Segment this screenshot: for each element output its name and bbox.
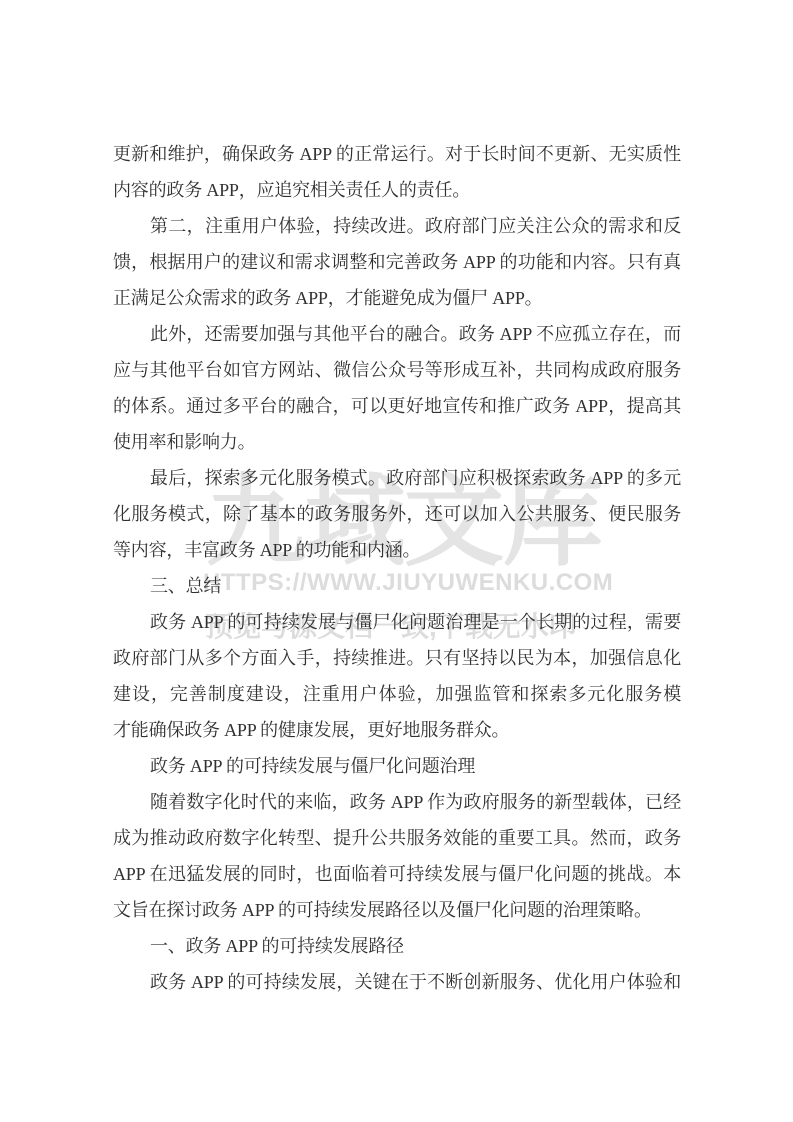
text-line: 馈，根据用户的建议和需求调整和完善政务 APP 的功能和内容。只有真 (113, 244, 681, 280)
text-line: APP 在迅猛发展的同时，也面临着可持续发展与僵尸化问题的挑战。本 (113, 856, 681, 892)
text-line: 政务 APP 的可持续发展与僵尸化问题治理 (113, 748, 681, 784)
text-line: 一、政务 APP 的可持续发展路径 (113, 928, 681, 964)
text-line: 文旨在探讨政务 APP 的可持续发展路径以及僵尸化问题的治理策略。 (113, 892, 681, 928)
text-line: 应与其他平台如官方网站、微信公众号等形成互补，共同构成政府服务 (113, 352, 681, 388)
text-line: 此外，还需要加强与其他平台的融合。政务 APP 不应孤立存在，而 (113, 316, 681, 352)
text-line: 内容的政务 APP，应追究相关责任人的责任。 (113, 172, 681, 208)
text-line: 使用率和影响力。 (113, 424, 681, 460)
document-text: 更新和维护，确保政务 APP 的正常运行。对于长时间不更新、无实质性内容的政务 … (113, 136, 681, 1000)
text-line: 三、总结 (113, 568, 681, 604)
text-line: 化服务模式，除了基本的政务服务外，还可以加入公共服务、便民服务 (113, 496, 681, 532)
text-line: 政府部门从多个方面入手，持续推进。只有坚持以民为本，加强信息化 (113, 640, 681, 676)
text-line: 最后，探索多元化服务模式。政府部门应积极探索政务 APP 的多元 (113, 460, 681, 496)
text-line: 等内容，丰富政务 APP 的功能和内涵。 (113, 532, 681, 568)
text-line: 才能确保政务 APP 的健康发展，更好地服务群众。 (113, 712, 681, 748)
text-line: 正满足公众需求的政务 APP，才能避免成为僵尸 APP。 (113, 280, 681, 316)
text-line: 成为推动政府数字化转型、提升公共服务效能的重要工具。然而，政务 (113, 820, 681, 856)
text-line: 第二，注重用户体验，持续改进。政府部门应关注公众的需求和反 (113, 208, 681, 244)
text-line: 的体系。通过多平台的融合，可以更好地宣传和推广政务 APP，提高其 (113, 388, 681, 424)
text-line: 政务 APP 的可持续发展与僵尸化问题治理是一个长期的过程，需要 (113, 604, 681, 640)
text-line: 更新和维护，确保政务 APP 的正常运行。对于长时间不更新、无实质性 (113, 136, 681, 172)
text-line: 建设，完善制度建设，注重用户体验，加强监管和探索多元化服务模式， (113, 676, 681, 712)
text-line: 随着数字化时代的来临，政务 APP 作为政府服务的新型载体，已经 (113, 784, 681, 820)
text-line: 政务 APP 的可持续发展，关键在于不断创新服务、优化用户体验和 (113, 964, 681, 1000)
document-page: 九域文库 HTTPS://WWW.JIUYUWENKU.COM 预览与源文档一致… (0, 0, 793, 1122)
